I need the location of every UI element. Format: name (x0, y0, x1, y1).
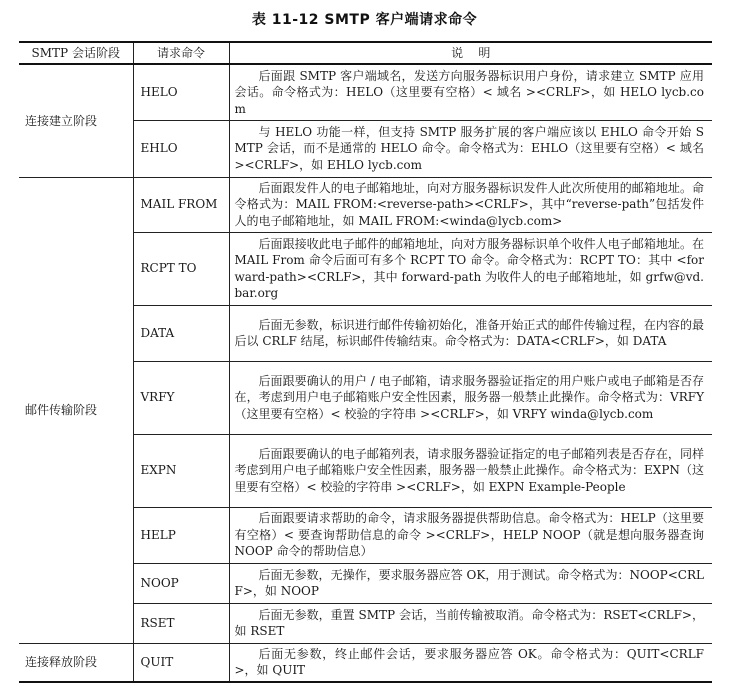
description-cell: 后面跟要请求帮助的命令，请求服务器提供帮助信息。命令格式为：HELP（这里要有空… (229, 507, 712, 563)
description-cell: 后面跟要确认的用户 / 电子邮箱，请求服务器验证指定的用户账户或电子邮箱是否存在… (229, 361, 712, 434)
description-cell: 后面跟 SMTP 客户端域名，发送方向服务器标识用户身份，请求建立 SMTP 应… (229, 64, 712, 120)
header-request-command: 请求命令 (133, 42, 229, 64)
header-session-phase: SMTP 会话阶段 (19, 42, 133, 64)
description-text: 与 HELO 功能一样，但支持 SMTP 服务扩展的客户端应该以 EHLO 命令… (235, 124, 705, 174)
description-cell: 后面无参数，终止邮件会话，要求服务器应答 OK。命令格式为：QUIT<CRLF>… (229, 643, 712, 682)
table-header-row: SMTP 会话阶段 请求命令 说 明 (19, 42, 712, 64)
description-text: 后面无参数，标识进行邮件传输初始化，准备开始正式的邮件传输过程，在内容的最后以 … (235, 317, 705, 350)
command-cell: NOOP (133, 563, 229, 603)
description-cell: 后面无参数，标识进行邮件传输初始化，准备开始正式的邮件传输过程，在内容的最后以 … (229, 305, 712, 361)
command-cell: DATA (133, 305, 229, 361)
header-description: 说 明 (229, 42, 712, 64)
phase-connection-setup: 连接建立阶段 (19, 64, 133, 177)
description-text: 后面跟接收此电子邮件的邮箱地址，向对方服务器标识单个收件人电子邮箱地址。在 MA… (235, 236, 705, 302)
description-text: 后面无参数，重置 SMTP 会话，当前传输被取消。命令格式为：RSET<CRLF… (235, 607, 705, 640)
command-cell: MAIL FROM (133, 177, 229, 232)
command-cell: RSET (133, 603, 229, 643)
description-text: 后面无参数，终止邮件会话，要求服务器应答 OK。命令格式为：QUIT<CRLF>… (235, 646, 705, 679)
table-caption: 表 11-12 SMTP 客户端请求命令 (0, 9, 729, 29)
command-cell: HELO (133, 64, 229, 120)
smtp-commands-table: SMTP 会话阶段 请求命令 说 明 连接建立阶段 HELO 后面跟 SMTP … (19, 41, 712, 683)
command-cell: HELP (133, 507, 229, 563)
table-row: 连接建立阶段 HELO 后面跟 SMTP 客户端域名，发送方向服务器标识用户身份… (19, 64, 712, 120)
description-cell: 后面无参数，无操作，要求服务器应答 OK，用于测试。命令格式为：NOOP<CRL… (229, 563, 712, 603)
description-text: 后面跟要请求帮助的命令，请求服务器提供帮助信息。命令格式为：HELP（这里要有空… (235, 510, 705, 560)
description-cell: 后面跟要确认的电子邮箱列表，请求服务器验证指定的电子邮箱列表是否存在，同样考虑到… (229, 434, 712, 507)
description-cell: 后面无参数，重置 SMTP 会话，当前传输被取消。命令格式为：RSET<CRLF… (229, 603, 712, 643)
command-cell: VRFY (133, 361, 229, 434)
command-cell: EXPN (133, 434, 229, 507)
description-cell: 后面跟发件人的电子邮箱地址，向对方服务器标识发件人此次所使用的邮箱地址。命令格式… (229, 177, 712, 232)
description-text: 后面跟 SMTP 客户端域名，发送方向服务器标识用户身份，请求建立 SMTP 应… (235, 68, 705, 118)
description-text: 后面跟发件人的电子邮箱地址，向对方服务器标识发件人此次所使用的邮箱地址。命令格式… (235, 180, 705, 230)
description-cell: 后面跟接收此电子邮件的邮箱地址，向对方服务器标识单个收件人电子邮箱地址。在 MA… (229, 232, 712, 305)
table-row: 连接释放阶段 QUIT 后面无参数，终止邮件会话，要求服务器应答 OK。命令格式… (19, 643, 712, 682)
description-text: 后面跟要确认的用户 / 电子邮箱，请求服务器验证指定的用户账户或电子邮箱是否存在… (235, 373, 705, 423)
phase-mail-transfer: 邮件传输阶段 (19, 177, 133, 643)
description-text: 后面无参数，无操作，要求服务器应答 OK，用于测试。命令格式为：NOOP<CRL… (235, 567, 705, 600)
description-text: 后面跟要确认的电子邮箱列表，请求服务器验证指定的电子邮箱列表是否存在，同样考虑到… (235, 446, 705, 496)
command-cell: QUIT (133, 643, 229, 682)
command-cell: RCPT TO (133, 232, 229, 305)
description-cell: 与 HELO 功能一样，但支持 SMTP 服务扩展的客户端应该以 EHLO 命令… (229, 120, 712, 177)
phase-connection-release: 连接释放阶段 (19, 643, 133, 682)
table-row: 邮件传输阶段 MAIL FROM 后面跟发件人的电子邮箱地址，向对方服务器标识发… (19, 177, 712, 232)
command-cell: EHLO (133, 120, 229, 177)
